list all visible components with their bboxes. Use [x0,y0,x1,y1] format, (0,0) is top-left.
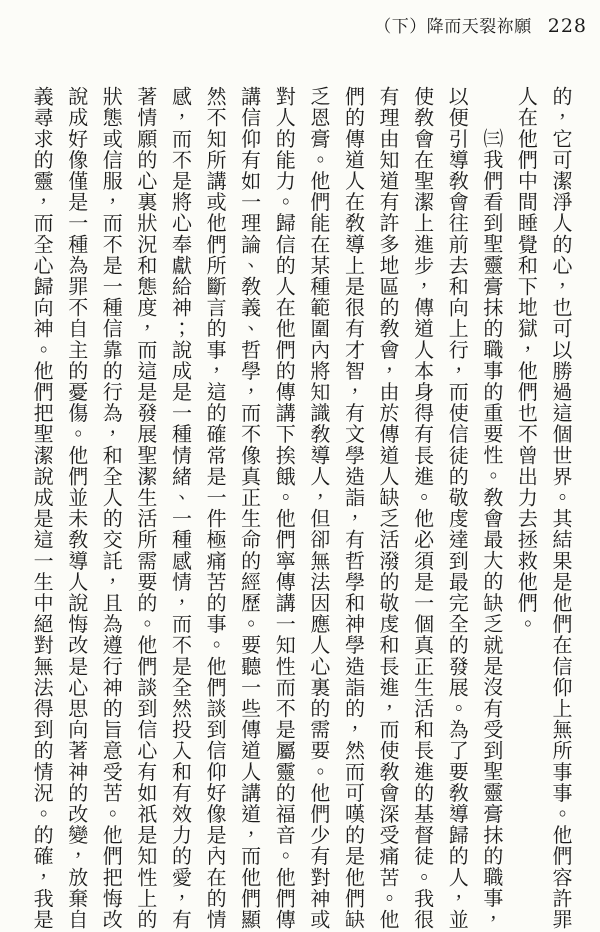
text-column-paragraph-start: ㈢我們看到聖靈膏抹的職事的重要性。敎會最大的缺乏就是沒有受到聖靈膏抹的職事， [474,86,509,932]
running-title: （下）降而天裂祢願 [374,12,532,37]
text-column: 著情願的心裏狀況和態度，而這是發展聖潔生活所需要的。他們談到信心有如祇是知性上的 [128,86,163,932]
text-column: 有理由知道有許多地區的敎會，由於傳道人缺乏活潑的敬虔和長進，而使敎會深受痛苦。他 [370,86,405,932]
text-column: 的，它可潔淨人的心，也可以勝過這個世界。其結果是他們在信仰上無所事事。他們容許罪 [543,86,578,932]
text-column: 說成好像僅是一種為罪不自主的憂傷。他們並未敎導人說悔改是心思向著神的改變，放棄自 [59,86,94,932]
text-column: 然不知所講或他們所斷言的事，這的確常是一件極痛苦的事。他們談到信仰好像是內在的情 [197,86,232,932]
book-page: （下）降而天裂祢願 228 的，它可潔淨人的心，也可以勝過這個世界。其結果是他們… [0,0,600,932]
text-column: 乏恩膏。他們能在某種範圍內將知識敎導人，但卻無法因應人心裏的需要。他們少有對神或 [301,86,336,932]
page-number: 228 [548,15,587,37]
text-column: 講信仰有如一理論、敎義、哲學，而不像真正生命的經歷。要聽一些傳道人講道，而他們顯 [232,86,267,932]
body-text: 的，它可潔淨人的心，也可以勝過這個世界。其結果是他們在信仰上無所事事。他們容許罪… [25,86,579,932]
text-column: 狀態或信服，而不是一種信靠的行為，和全人的交託，且為遵行神的旨意受苦。他們把悔改 [94,86,129,932]
text-column: 義尋求的靈，而全心歸向神。他們把聖潔說成是這一生中絕對無法得到的情況。的確，我是 [25,86,60,932]
text-column: 們的傳道人在敎導上是很有才智，有文學造詣，有哲學和神學造詣的，然而可嘆的是他們缺 [336,86,371,932]
text-column: 人在他們中間睡覺和下地獄，他們也不曾出力去拯救他們。 [509,86,544,932]
text-column: 使敎會在聖潔上進步，傳道人本身得有長進。他必須是一個真正生活和長進的基督徒。我很 [405,86,440,932]
text-column: 以便引導敎會往前去和向上行，而使信徒的敬虔達到最完全的發展。為了要敎導歸的人，並 [440,86,475,932]
text-column: 感，而不是將心奉獻給神；說成是一種情緒、一種感情，而不是全然投入和有效力的愛，有 [163,86,198,932]
page-header: （下）降而天裂祢願 228 [374,12,587,37]
text-column: 對人的能力。歸信的人在他們的傳講下挨餓。他們寧傳講一知性而不是屬靈的福音。他們傳 [267,86,302,932]
